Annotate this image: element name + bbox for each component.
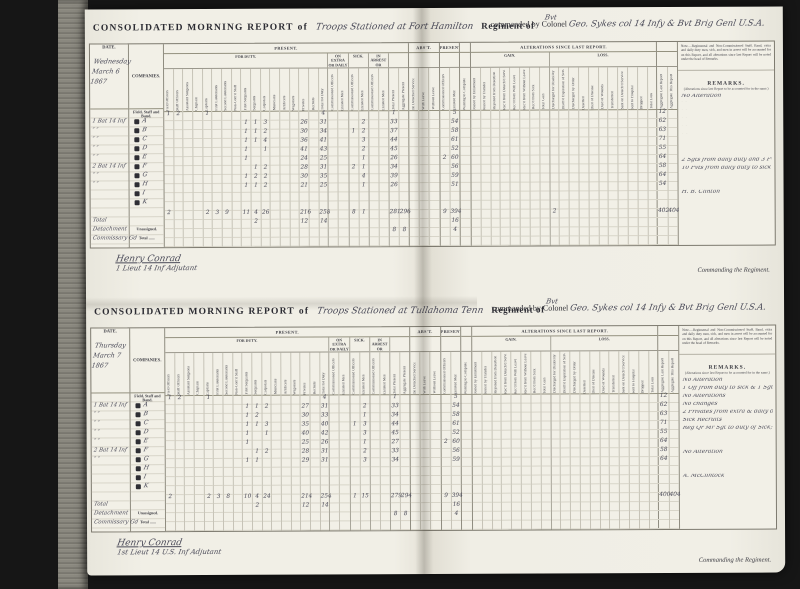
- data-cell: [481, 120, 490, 129]
- data-cell: [253, 522, 262, 531]
- data-cell: [620, 439, 629, 448]
- remarks-column: Note.—Regimental and Non-Commissioned St…: [678, 326, 776, 529]
- handwritten-value: 9: [440, 209, 449, 215]
- company-bullet: [136, 421, 141, 426]
- data-cell: [329, 111, 338, 120]
- data-cell: [471, 147, 480, 156]
- data-cell: [570, 200, 579, 209]
- handwritten-value: 3: [261, 120, 270, 126]
- data-cell: [421, 440, 430, 449]
- data-cell: [224, 468, 233, 477]
- data-cell: [541, 457, 550, 466]
- data-cell: 54: [658, 182, 667, 191]
- data-cell: [669, 448, 678, 457]
- column-rotated-label: Discharged by Order: [573, 362, 577, 394]
- handwritten-value: 26: [389, 155, 398, 161]
- data-cell: [330, 431, 339, 440]
- section-title: ON EXTRA OR DAILY DUTY.: [330, 337, 349, 352]
- data-cell: [532, 458, 541, 467]
- column-section: Aggregate Last Report1262637155645864400…: [659, 336, 679, 529]
- column-label-area: On Detached Service: [411, 352, 420, 395]
- data-cell: [522, 458, 531, 467]
- handwritten-value: 1: [242, 183, 251, 189]
- handwritten-value: 4: [451, 227, 460, 233]
- column-rotated-label: Sergeants: [254, 96, 258, 111]
- column-label-area: Total for Duty: [320, 352, 329, 395]
- data-cell: [311, 486, 320, 495]
- column-label-area: Died of Wounds: [599, 67, 608, 110]
- data-cell: [214, 459, 223, 468]
- data-cell: [619, 146, 628, 155]
- data-cell: [282, 423, 291, 432]
- column-label-area: Enlisted Men: [340, 352, 349, 395]
- data-cell: [541, 237, 550, 246]
- column-label-area: Artificers: [280, 69, 289, 112]
- column-label-area: Enlisted Men: [450, 68, 459, 111]
- data-cell: [552, 502, 561, 511]
- data-cell: [242, 193, 251, 202]
- column-rotated-label: Wagoners: [292, 96, 296, 111]
- handwritten-value: 61: [451, 421, 460, 427]
- data-cell: [291, 396, 300, 405]
- column-label-area: Enlisted Men: [379, 68, 388, 111]
- data-cell: [420, 192, 429, 201]
- data-cell: [290, 166, 299, 175]
- handwritten-value: 58: [451, 412, 460, 418]
- column-label-area: First Sergeants: [243, 353, 252, 396]
- column-rotated-label: Joined by Enlistment: [473, 78, 477, 110]
- company-bullet: [136, 484, 141, 489]
- handwritten-value: 296: [400, 209, 409, 215]
- data-cell: [550, 155, 559, 164]
- data-cell: 1: [243, 441, 252, 450]
- date-row-cell: ″ ″: [90, 163, 128, 172]
- section-title: [461, 337, 471, 352]
- report-title-of: of: [298, 23, 308, 33]
- data-cell: [530, 120, 539, 129]
- data-cell: [630, 475, 639, 484]
- data-cell: 2: [441, 440, 450, 449]
- data-cell: [540, 138, 549, 147]
- column-label-area: Captains: [203, 69, 212, 112]
- data-cell: [340, 440, 349, 449]
- data-cell: [381, 476, 390, 485]
- handwritten-value: 35: [319, 173, 328, 179]
- handwritten-value: 2: [252, 219, 261, 225]
- data-cell: [532, 521, 541, 530]
- data-cell: [580, 227, 589, 236]
- data-cell: [638, 110, 647, 119]
- handwritten-value: 1: [252, 183, 261, 189]
- data-cell: [491, 111, 500, 120]
- date-row-cell: ″ ″: [91, 402, 129, 411]
- data-cell: [430, 201, 439, 210]
- data-cell: [649, 448, 658, 457]
- data-cell: [329, 174, 338, 183]
- data-cell: 2: [166, 495, 175, 504]
- data-cell: [668, 110, 677, 119]
- data-cell: [280, 130, 289, 139]
- column-section: FOR DUTY.Field Officers12Staff Officers2…: [164, 53, 328, 247]
- data-cell: [185, 441, 194, 450]
- remark-handwriting: 1 Off from duty to sick & 1 Sgt to duty …: [682, 386, 773, 392]
- data-cell: [600, 466, 609, 475]
- companies-column-header: COMPANIES.: [130, 328, 164, 393]
- data-cell: [451, 237, 460, 246]
- data-cell: 2: [253, 504, 262, 513]
- data-cell: [512, 404, 521, 413]
- data-cell: [369, 192, 378, 201]
- section-title: [441, 337, 461, 352]
- data-cell: [640, 484, 649, 493]
- data-cell: [310, 193, 319, 202]
- column-section: GAIN.Joined by EnlistmentJoined by Trans…: [471, 53, 550, 246]
- data-cell: [166, 522, 175, 531]
- data-cell: [639, 403, 648, 412]
- data-cell: [369, 111, 378, 120]
- data-cell: [629, 236, 638, 245]
- data-cell: [668, 155, 677, 164]
- handwritten-value: 404: [670, 492, 679, 498]
- column-rotated-label: Enlisted Men: [383, 374, 387, 394]
- column-rotated-label: Commissioned Officers: [442, 74, 446, 110]
- data-cell: [350, 395, 359, 404]
- data-cell: [571, 403, 580, 412]
- column-label-area: Commissioned Officers: [328, 68, 337, 111]
- data-cell: [581, 457, 590, 466]
- data-cell: [452, 467, 461, 476]
- data-cell: [339, 192, 348, 201]
- date-header-label: DATE.: [102, 44, 115, 49]
- data-cell: [550, 128, 559, 137]
- remark-handwriting: ″ ″: [681, 102, 772, 108]
- data-cell: [361, 521, 370, 530]
- data-cell: [430, 120, 439, 129]
- data-cell: [164, 139, 173, 148]
- data-cell: [381, 449, 390, 458]
- column-rotated-label: Commissioned Officers: [373, 358, 377, 394]
- data-cell: 1: [243, 459, 252, 468]
- data-cell: [640, 457, 649, 466]
- column-label-area: Privates: [299, 69, 308, 112]
- column-label-area: Commissioned Officers: [370, 352, 379, 395]
- data-cell: [610, 421, 619, 430]
- date-row-cell: ″ ″: [90, 118, 128, 127]
- data-cell: [599, 182, 608, 191]
- data-cell: [165, 405, 174, 414]
- data-cell: [599, 191, 608, 200]
- data-cell: [379, 183, 388, 192]
- handwritten-value: 2: [349, 164, 358, 170]
- data-cell: [340, 458, 349, 467]
- data-cell: [379, 129, 388, 138]
- data-cell: 8: [401, 512, 410, 521]
- section-columns: Aggregate Last Report1262637155645864544…: [657, 67, 677, 245]
- data-cell: [461, 219, 471, 228]
- data-cell: [501, 201, 510, 210]
- data-cell: [630, 457, 639, 466]
- column-rotated-label: Died of Wounds: [601, 85, 605, 110]
- data-column: Aggregate This Report404: [668, 351, 679, 529]
- data-cell: 2: [261, 184, 270, 193]
- data-cell: [599, 110, 608, 119]
- data-cell: [482, 476, 491, 485]
- data-cell: [481, 210, 490, 219]
- data-cell: [580, 218, 589, 227]
- data-cell: [560, 110, 569, 119]
- column-rotated-label: Rec'd from Without Leave: [523, 70, 527, 110]
- data-cell: [339, 219, 348, 228]
- data-cell: [184, 166, 193, 175]
- handwritten-value: 59: [452, 457, 461, 463]
- handwritten-value: 279: [391, 493, 400, 499]
- data-cell: [481, 129, 490, 138]
- data-cell: [330, 476, 339, 485]
- data-cell: [619, 218, 628, 227]
- data-cell: [203, 175, 212, 184]
- data-cell: 2: [165, 211, 174, 220]
- data-cell: [262, 459, 271, 468]
- column-rotated-label: Aggregate This Report: [671, 74, 675, 109]
- data-cell: [290, 121, 299, 130]
- data-cell: [399, 120, 408, 129]
- data-cell: [430, 228, 439, 237]
- column-rotated-label: Commissioned Officers: [351, 74, 355, 110]
- data-cell: [668, 146, 677, 155]
- data-cell: [561, 394, 570, 403]
- remark-handwriting: H. B. Clinton: [681, 190, 772, 196]
- data-cell: [232, 220, 241, 229]
- column-section: IN ARREST OR CONFINEM'T.Commissioned Off…: [368, 53, 389, 246]
- handwritten-value: 31: [320, 457, 329, 463]
- data-cell: [164, 166, 173, 175]
- handwritten-value: 64: [658, 154, 667, 160]
- data-cell: [551, 493, 560, 502]
- data-cell: [481, 183, 490, 192]
- data-cell: [421, 458, 430, 467]
- data-cell: [638, 119, 647, 128]
- column-rotated-label: Sent to Hospital: [632, 369, 636, 393]
- data-cell: [381, 431, 390, 440]
- data-cell: [571, 439, 580, 448]
- data-cell: [492, 404, 501, 413]
- data-cell: [483, 494, 492, 503]
- handwritten-value: 2: [359, 146, 368, 152]
- data-cell: [580, 200, 589, 209]
- data-cell: [380, 422, 389, 431]
- column-rotated-label: Discharged for Disability: [552, 71, 556, 110]
- data-cell: [271, 184, 280, 193]
- column-section: ON EXTRA OR DAILY DUTY.Commissioned Offi…: [329, 337, 350, 530]
- data-cell: [195, 405, 204, 414]
- data-cell: [473, 476, 482, 485]
- data-cell: [242, 220, 251, 229]
- data-cell: [601, 502, 610, 511]
- handwritten-value: 2: [261, 183, 270, 189]
- data-cell: [471, 138, 480, 147]
- company-bullet: [134, 119, 139, 124]
- column-group: PRESENT.FOR DUTY.Field Officers12Staff O…: [164, 43, 409, 247]
- data-cell: [561, 502, 570, 511]
- data-cell: [195, 486, 204, 495]
- data-cell: [166, 432, 175, 441]
- handwritten-value: 42: [320, 430, 329, 436]
- data-cell: [420, 138, 429, 147]
- data-cell: [176, 522, 185, 531]
- data-cell: [502, 458, 511, 467]
- column-rotated-label: Second Lieutenants: [226, 365, 230, 395]
- data-cell: [381, 467, 390, 476]
- data-cell: [224, 432, 233, 441]
- column-label-area: Aggregate This Report: [668, 67, 677, 110]
- handwritten-value: 1: [253, 422, 262, 428]
- data-cell: [370, 237, 379, 246]
- data-cell: [530, 174, 539, 183]
- data-cell: [570, 227, 579, 236]
- data-cell: [174, 157, 183, 166]
- data-cell: [281, 211, 290, 220]
- data-cell: [540, 147, 549, 156]
- data-cell: [272, 477, 281, 486]
- data-cell: [599, 236, 608, 245]
- handwritten-value: 3: [213, 210, 222, 216]
- data-cell: [491, 201, 500, 210]
- data-cell: 404: [670, 493, 679, 502]
- column-label-area: Disch'd Expiration of Service: [561, 351, 570, 394]
- data-cell: [329, 219, 338, 228]
- data-cell: [329, 147, 338, 156]
- date-line: 1867: [89, 76, 128, 86]
- column-label-area: Rec'd from With Leave: [510, 68, 519, 111]
- column-section: Aggregate Last Report1262637155645864544…: [657, 52, 677, 245]
- date-row-cell: [91, 199, 129, 208]
- data-cell: [232, 229, 241, 238]
- data-cell: [619, 128, 628, 137]
- data-cell: [214, 405, 223, 414]
- data-cell: [460, 138, 470, 147]
- data-cell: [222, 139, 231, 148]
- data-cell: [272, 441, 281, 450]
- data-cell: [430, 237, 439, 246]
- data-cell: 1: [261, 148, 270, 157]
- company-letter-handwriting: B: [142, 126, 148, 133]
- data-cell: [292, 468, 301, 477]
- company-printed-label: Unassigned.: [130, 226, 164, 231]
- data-cell: [400, 174, 409, 183]
- data-cell: [521, 174, 530, 183]
- data-cell: [340, 485, 349, 494]
- data-cell: [512, 476, 521, 485]
- data-cell: [290, 220, 299, 229]
- handwritten-value: 25: [301, 440, 310, 446]
- group-sections: On Detached ServiceWith LeaveWithout Lea…: [410, 337, 440, 530]
- company-letter-handwriting: G: [142, 171, 148, 178]
- company-letter-handwriting: H: [142, 180, 148, 187]
- data-cell: [330, 485, 339, 494]
- data-cell: [491, 147, 500, 156]
- data-cell: [280, 139, 289, 148]
- data-cell: [214, 441, 223, 450]
- data-cell: 3: [214, 495, 223, 504]
- section-columns: Commissioned OfficersEnlisted Men: [370, 352, 390, 530]
- data-cell: [185, 495, 194, 504]
- data-cell: [571, 493, 580, 502]
- handwritten-value: 45: [389, 146, 398, 152]
- data-cell: [550, 119, 559, 128]
- data-cell: [195, 468, 204, 477]
- data-cell: [560, 137, 569, 146]
- column-label-area: Rejoined from Desertion: [492, 352, 501, 395]
- data-cell: [522, 494, 531, 503]
- handwritten-value: 8: [400, 227, 409, 233]
- data-cell: [213, 148, 222, 157]
- handwritten-value: 3: [360, 421, 369, 427]
- data-cell: [339, 129, 348, 138]
- data-cell: [461, 174, 471, 183]
- data-cell: [551, 448, 560, 457]
- column-section: SICK.Commissioned Officers128Enlisted Me…: [348, 53, 369, 246]
- data-cell: 1: [350, 494, 359, 503]
- data-cell: [379, 138, 388, 147]
- data-cell: [441, 449, 450, 458]
- data-cell: [320, 237, 329, 246]
- data-cell: [610, 448, 619, 457]
- data-cell: [185, 450, 194, 459]
- data-cell: [630, 412, 639, 421]
- data-cell: [540, 129, 549, 138]
- data-cell: [193, 139, 202, 148]
- data-cell: [369, 120, 378, 129]
- data-cell: [571, 511, 580, 520]
- column-rotated-label: Chaplain: [196, 97, 200, 111]
- date-column-header: DATE.ThursdayMarch 71867: [91, 328, 129, 393]
- company-row-cell: Unassigned.: [130, 226, 164, 235]
- handwritten-value: 5: [450, 110, 459, 116]
- data-cell: [462, 440, 472, 449]
- data-cell: [420, 111, 429, 120]
- data-cell: [272, 504, 281, 513]
- data-cell: [174, 148, 183, 157]
- data-cell: 51: [450, 183, 459, 192]
- data-cell: [370, 431, 379, 440]
- data-cell: [589, 128, 598, 137]
- handwritten-value: 58: [450, 128, 459, 134]
- data-cell: [570, 236, 579, 245]
- column-rotated-label: Aggregate Last Report: [661, 358, 665, 393]
- data-cell: [522, 503, 531, 512]
- data-cell: [166, 423, 175, 432]
- data-cell: [461, 183, 471, 192]
- data-cell: [580, 182, 589, 191]
- data-cell: [381, 521, 390, 530]
- data-cell: [609, 137, 618, 146]
- data-cell: [176, 504, 185, 513]
- book-spine-page-edges: [58, 0, 88, 589]
- data-cell: 31: [320, 458, 329, 467]
- data-cell: [350, 431, 359, 440]
- data-cell: [669, 403, 678, 412]
- handwritten-value: 55: [659, 429, 668, 435]
- data-cell: 1: [253, 459, 262, 468]
- data-cell: [380, 237, 389, 246]
- data-cell: [492, 395, 501, 404]
- data-cell: [629, 218, 638, 227]
- data-cell: 2: [175, 396, 184, 405]
- column-rotated-label: Artificers: [283, 96, 287, 111]
- data-cell: [668, 236, 677, 245]
- column-rotated-label: Rec'd from With Leave: [514, 358, 518, 393]
- remark-handwriting: ″ ″: [681, 126, 772, 132]
